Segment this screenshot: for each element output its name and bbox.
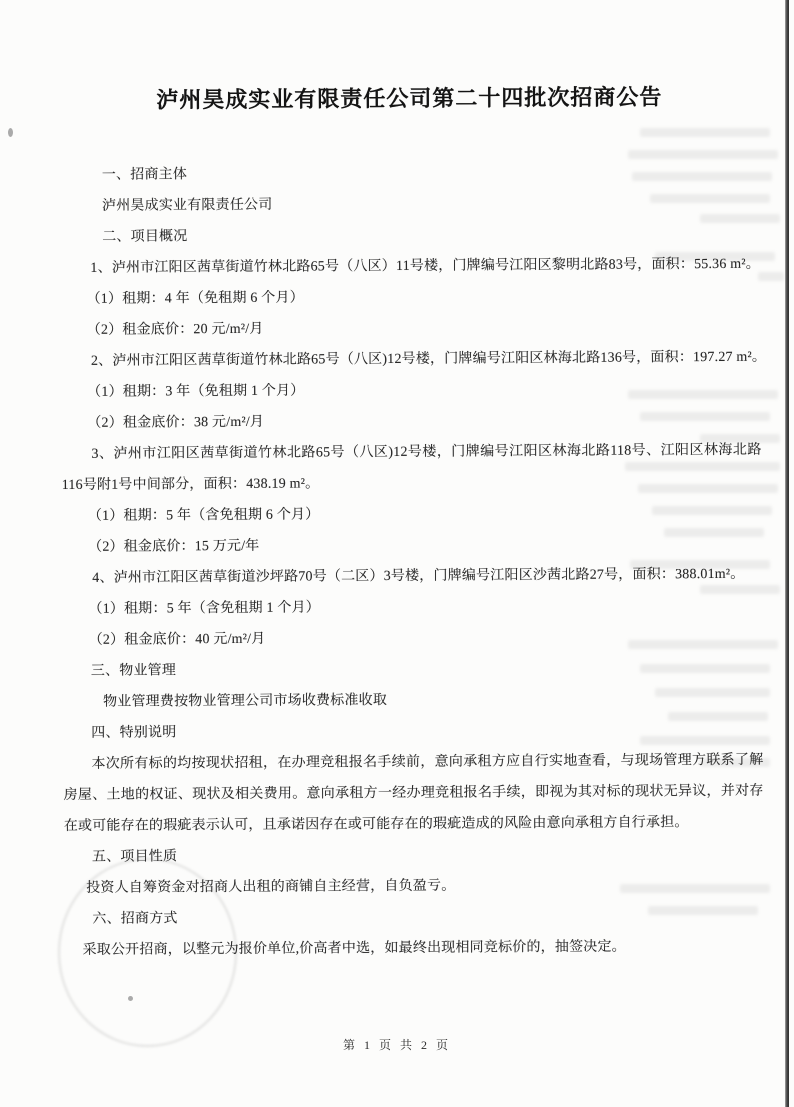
section2-heading: 二、项目概况 (102, 218, 760, 253)
listing-item-address: 3、泸州市江阳区茜草街道竹林北路65号（八区)12号楼，门牌编号江阳区林海北路1… (61, 435, 761, 501)
listing-rent-floor-price: （2）租金底价：38 元/m²/月 (87, 404, 761, 439)
section6-body: 采取公开招商，以整元为报价单位,价高者中选，如最终出现相同竞标价的，抽签决定。 (82, 931, 764, 966)
listing-item-address: 4、泸州市江阳区茜草街道沙坪路70号（二区）3号楼，门牌编号江阳区沙茜北路27号… (62, 559, 762, 594)
doc-title: 泸州昊成实业有限责任公司第二十四批次招商公告 (59, 80, 759, 118)
section1-body: 泸州昊成实业有限责任公司 (102, 187, 760, 222)
ink-speck (8, 128, 13, 137)
listing-item-address: 1、泸州市江阳区茜草街道竹林北路65号（八区）11号楼，门牌编号江阳区黎明北路8… (60, 249, 760, 284)
section4-body: 本次所有标的均按现状招租，在办理竞租报名手续前，意向承租方应自行实地查看，与现场… (63, 745, 764, 842)
bleedthrough-mark (758, 272, 784, 281)
page-edge-shadow (785, 0, 789, 1107)
section5-body: 投资人自筹资金对招商人出租的商铺自主经营，自负盈亏。 (86, 869, 764, 904)
section4-heading: 四、特别说明 (91, 714, 763, 749)
listing-rent-floor-price: （2）租金底价：15 万元/年 (88, 528, 762, 563)
listing-rent-floor-price: （2）租金底价：20 元/m²/月 (87, 311, 761, 346)
scanned-document-page: 泸州昊成实业有限责任公司第二十四批次招商公告 一、招商主体 泸州昊成实业有限责任… (0, 0, 794, 1107)
listing-lease-term: （1）租期：5 年（含免租期 6 个月） (88, 497, 762, 532)
listing-rent-floor-price: （2）租金底价：40 元/m²/月 (89, 621, 763, 656)
listing-lease-term: （1）租期：5 年（含免租期 1 个月） (88, 590, 762, 625)
listing-item-address: 2、泸州市江阳区茜草街道竹林北路65号（八区)12号楼，门牌编号江阳区林海北路1… (61, 342, 761, 377)
section6-heading: 六、招商方式 (92, 900, 764, 935)
page-number-footer: 第 1 页 共 2 页 (0, 1036, 794, 1053)
listing-lease-term: （1）租期：4 年（免租期 6 个月） (86, 280, 760, 315)
section3-body: 物业管理费按物业管理公司市场收费标准收取 (103, 683, 763, 718)
document-body: 泸州昊成实业有限责任公司第二十四批次招商公告 一、招商主体 泸州昊成实业有限责任… (59, 0, 765, 966)
listing-lease-term: （1）租期：3 年（免租期 1 个月） (87, 373, 761, 408)
ink-speck (128, 996, 133, 1001)
section1-heading: 一、招商主体 (102, 156, 760, 191)
section5-heading: 五、项目性质 (92, 838, 764, 873)
section3-heading: 三、物业管理 (91, 652, 763, 687)
